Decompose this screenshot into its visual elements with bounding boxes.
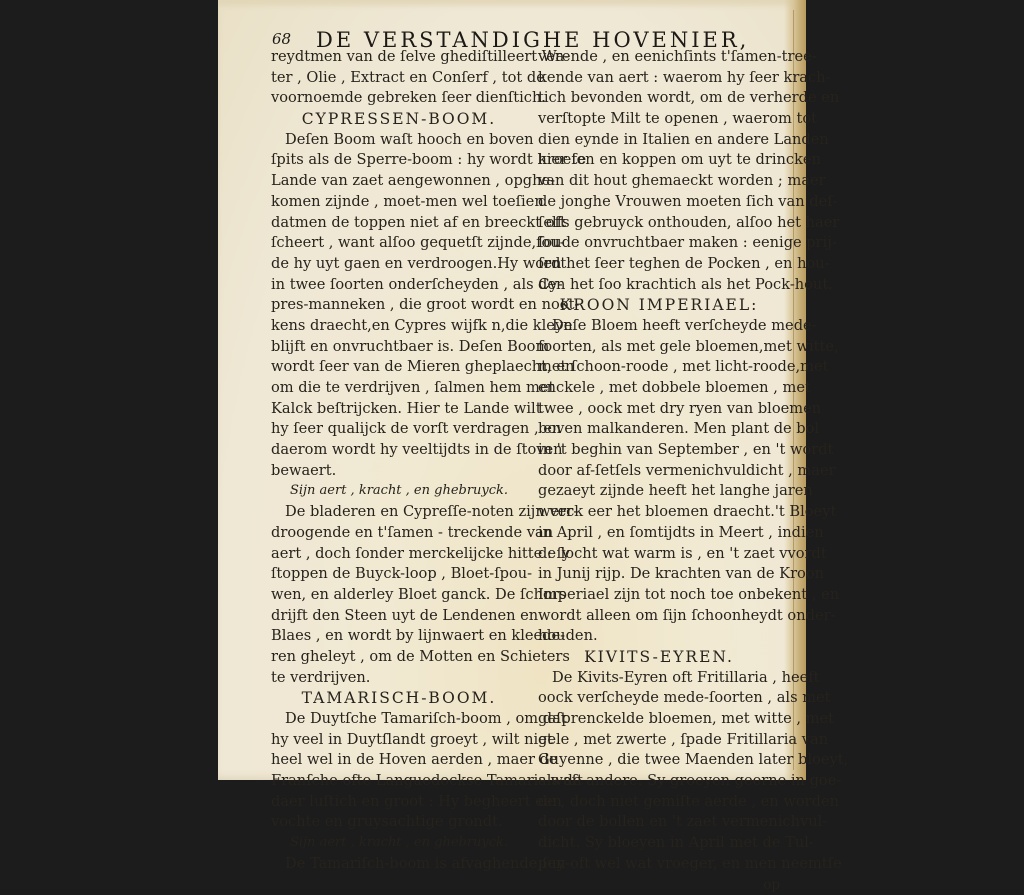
text-line: kens draecht,en Cypres wijfk n,die kleyn bbox=[271, 316, 527, 337]
text-line: ſelfs gebruyck onthouden, alſoo het haer bbox=[538, 213, 780, 234]
text-line: houden. bbox=[538, 626, 780, 647]
text-line: den het ſoo krachtich als het Pock-hout. bbox=[538, 275, 780, 296]
text-line: werck eer het bloemen draecht.'t Bloeyt bbox=[538, 502, 780, 523]
text-line: tich bevonden wordt, om de verherde en bbox=[538, 88, 780, 109]
text-line: De Duytſche Tamariſch-boom , om dat bbox=[271, 709, 527, 730]
text-line: Kalck beſtrijcken. Hier te Lande wilt bbox=[271, 399, 527, 420]
text-line: ſtoppen de Buyck-loop , Bloet-ſpou- bbox=[271, 564, 527, 585]
text-line: kende van aert : waerom hy ſeer krach- bbox=[538, 68, 780, 89]
section-heading-kivits-eyren: KIVITS-EYREN. bbox=[538, 647, 780, 668]
text-line: droogende en t'ſamen - treckende van bbox=[271, 523, 527, 544]
text-line: ter , Olie , Extract en Conſerf , tot de bbox=[271, 68, 527, 89]
text-line: Imperiael zijn tot noch toe onbekent , e… bbox=[538, 585, 780, 606]
text-line: ſen het ſeer teghen de Pocken , en hou- bbox=[538, 254, 780, 275]
text-line: De bladeren en Cypreſſe-noten zijn ver- bbox=[271, 502, 527, 523]
text-line: wen, en alderley Bloet ganck. De ſchors bbox=[271, 585, 527, 606]
text-line: Lande van zaet aengewonnen , opghe- bbox=[271, 171, 527, 192]
text-line: door af-ſetſels vermenichvuldicht , maer bbox=[538, 461, 780, 482]
text-line: hy veel in Duytſlandt groeyt , wilt niet bbox=[271, 730, 527, 751]
section-heading-tamarisch: TAMARISCH-BOOM. bbox=[271, 688, 527, 709]
text-line: in 't beghin van September , en 't wordt bbox=[538, 440, 780, 461]
text-line: in Junij rijp. De krachten van de Kroon bbox=[538, 564, 780, 585]
text-line: bewaert. bbox=[271, 461, 527, 482]
section-heading-kroon-imperiael: KROON IMPERIAEL: bbox=[538, 295, 780, 316]
text-line: Deſe Bloem heeft verſcheyde mede- bbox=[538, 316, 780, 337]
text-line: Blaes , en wordt by lijnwaert en kleede- bbox=[271, 626, 527, 647]
page-number: 68 bbox=[272, 30, 291, 48]
text-line: blijft en onvruchtbaer is. Deſen Boom bbox=[271, 337, 527, 358]
text-line: de hy uyt gaen en verdroogen.Hy wordt bbox=[271, 254, 527, 275]
text-line: Guyenne , die twee Maenden later bloeyt, bbox=[538, 750, 780, 771]
text-line: wordt alleen om ſijn ſchoonheydt onder- bbox=[538, 606, 780, 627]
text-line: pres-manneken , die groot wordt en noot- bbox=[271, 295, 527, 316]
text-line: heel wel in de Hoven aerden , maer de bbox=[271, 750, 527, 771]
text-line: reydtmen van de ſelve ghediſtilleert Wa- bbox=[271, 47, 527, 68]
text-line: de locht wat warm is , en 't zaet vvordt bbox=[538, 544, 780, 565]
section-heading-cypressen: CYPRESSEN-BOOM. bbox=[271, 109, 527, 130]
text-line: als de andere. Sy groeyen geerne in goe- bbox=[538, 771, 780, 780]
text-line: geſprenckelde bloemen, met witte , met bbox=[538, 709, 780, 730]
text-line: te verdrijven. bbox=[271, 668, 527, 689]
text-line: ſoude onvruchtbaer maken : eenige prij- bbox=[538, 233, 780, 254]
text-line: ſoorten, als met gele bloemen,met witte, bbox=[538, 337, 780, 358]
text-line: in April , en ſomtijdts in Meert , indie… bbox=[538, 523, 780, 544]
text-line: van dit hout ghemaeckt worden ; maer bbox=[538, 171, 780, 192]
text-line: met ſchoon-roode , met licht-roode,met bbox=[538, 357, 780, 378]
text-line: wordt ſeer van de Mieren gheplaecht, en bbox=[271, 357, 527, 378]
text-line: oock verſcheyde mede-ſoorten , als met bbox=[538, 688, 780, 709]
text-line: Deſen Boom waſt hooch en boven bbox=[271, 130, 527, 151]
text-line: aert , doch ſonder merckelijcke hitte : … bbox=[271, 544, 527, 565]
text-line: ſpits als de Sperre-boom : hy wordt hier… bbox=[271, 150, 527, 171]
text-line: enckele , met dobbele bloemen , met bbox=[538, 378, 780, 399]
text-line: gele , met zwerte , ſpade Fritillaria va… bbox=[538, 730, 780, 751]
book-page: 68 DE VERSTANDIGHE HOVENIER, reydtmen va… bbox=[218, 0, 806, 780]
text-line: komen zijnde , moet-men wel toeſien bbox=[271, 192, 527, 213]
subheading-cypressen-use: Sijn aert , kracht , en ghebruyck. bbox=[271, 481, 527, 502]
text-line: voornoemde gebreken ſeer dienſtich. bbox=[271, 88, 527, 109]
left-column: reydtmen van de ſelve ghediſtilleert Wa-… bbox=[271, 47, 527, 780]
text-line: boven malkanderen. Men plant de bol bbox=[538, 419, 780, 440]
text-line: om die te verdrijven , ſalmen hem met bbox=[271, 378, 527, 399]
text-line: in twee ſoorten onderſcheyden , als Cy- bbox=[271, 275, 527, 296]
text-line: hy ſeer qualijck de vorſt verdragen , en bbox=[271, 419, 527, 440]
page-top-shadow bbox=[218, 0, 806, 8]
text-line: de jonghe Vrouwen moeten ſich van deſ- bbox=[538, 192, 780, 213]
right-column: verende , en eenichſints t'ſamen-tree- k… bbox=[538, 47, 780, 780]
text-line: verende , en eenichſints t'ſamen-tree- bbox=[538, 47, 780, 68]
text-line: ren gheleyt , om de Motten en Schieters bbox=[271, 647, 527, 668]
text-line: drijft den Steen uyt de Lendenen en bbox=[271, 606, 527, 627]
text-line: datmen de toppen niet af en breeckt oft bbox=[271, 213, 527, 234]
text-line: gezaeyt zijnde heeft het langhe jaren bbox=[538, 481, 780, 502]
text-line: daerom wordt hy veeltijdts in de ſtoven bbox=[271, 440, 527, 461]
text-line: kroeſen en koppen om uyt te drincken bbox=[538, 150, 780, 171]
text-line: Franſche ofte Languedockse Tamaris waſt bbox=[271, 771, 527, 780]
text-line: verſtopte Milt te openen , waerom tot bbox=[538, 109, 780, 130]
text-line: De Kivits-Eyren oft Fritillaria , heeft bbox=[538, 668, 780, 689]
text-line: ſcheert , want alſoo gequetſt zijnde,ſou… bbox=[271, 233, 527, 254]
text-line: twee , oock met dry ryen van bloemen bbox=[538, 399, 780, 420]
text-line: dien eynde in Italien en andere Landen bbox=[538, 130, 780, 151]
